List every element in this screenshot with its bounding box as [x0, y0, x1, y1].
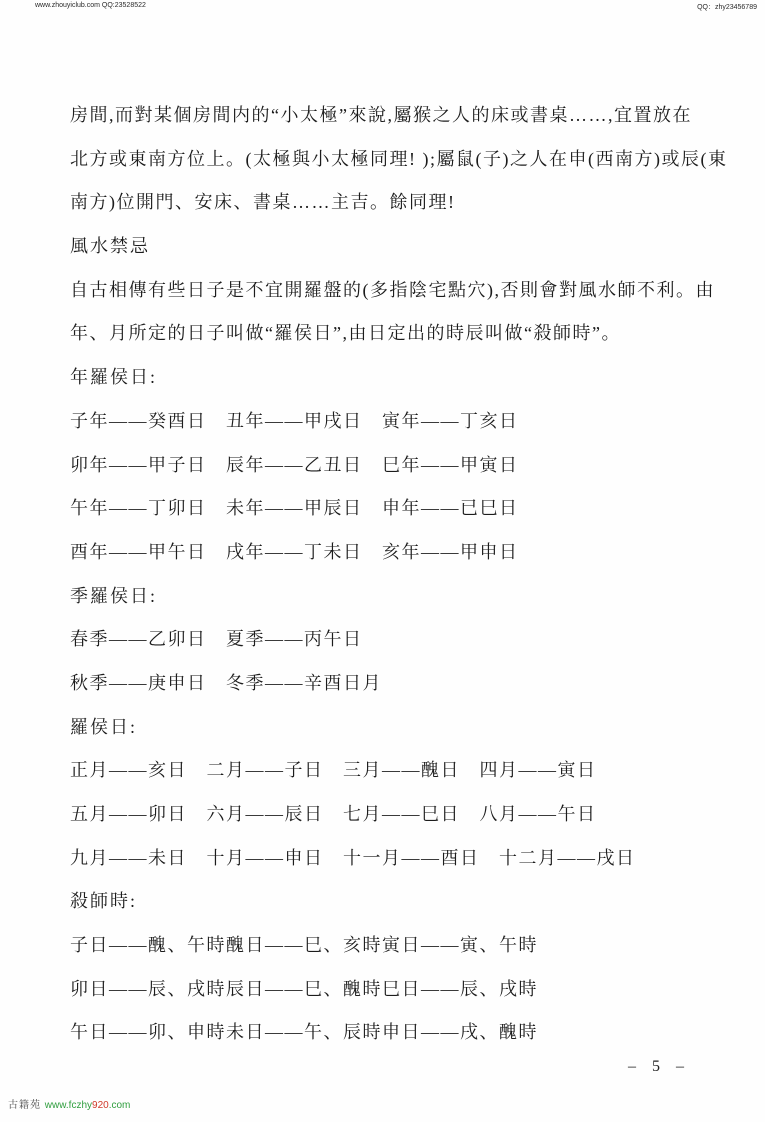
table-row-month: 五月——卯日 六月——辰日 七月——巳日 八月——午日	[70, 793, 730, 837]
section-heading-luohou-day: 羅侯日:	[70, 706, 730, 750]
watermark-top-left: www.zhouyiclub.com QQ:23528522	[35, 2, 146, 9]
table-row-month: 九月——未日 十月——申日 十一月——酉日 十二月——戌日	[70, 837, 730, 881]
table-row-year: 午年——丁卯日 未年——甲辰日 申年——已巳日	[70, 487, 730, 531]
table-row-month: 正月——亥日 二月——子日 三月——醜日 四月——寅日	[70, 749, 730, 793]
page-number: – 5 –	[628, 1058, 690, 1076]
paragraph-line: 自古相傳有些日子是不宜開羅盤的(多指陰宅點穴),否則會對風水師不利。由	[70, 269, 730, 313]
table-row-season: 秋季——庚申日 冬季——辛酉日月	[70, 662, 730, 706]
table-row-hour: 卯日——辰、戌時辰日——巳、醜時巳日——辰、戌時	[70, 968, 730, 1012]
watermark-site-name: 古籍苑	[8, 1100, 45, 1111]
paragraph-line: 年、月所定的日子叫做“羅侯日”,由日定出的時辰叫做“殺師時”。	[70, 312, 730, 356]
watermark-url-prefix: www.fczhy	[45, 1100, 92, 1111]
table-row-season: 春季——乙卯日 夏季——丙午日	[70, 618, 730, 662]
paragraph-line: 房間,而對某個房間内的“小太極”來說,屬猴之人的床或書桌……,宜置放在	[70, 94, 730, 138]
section-heading-fengshui-taboo: 風水禁忌	[70, 225, 730, 269]
table-row-year: 酉年——甲午日 戌年——丁未日 亥年——甲申日	[70, 531, 730, 575]
watermark-url-number: 920	[92, 1100, 109, 1111]
section-heading-year-luohou-day: 年羅侯日:	[70, 356, 730, 400]
watermark-url-suffix: .com	[109, 1100, 131, 1111]
watermark-bottom-left: 古籍苑 www.fczhy920.com	[8, 1096, 130, 1111]
paragraph-line: 北方或東南方位上。(太極與小太極同理! );屬鼠(子)之人在申(西南方)或辰(東	[70, 138, 730, 182]
table-row-hour: 子日——醜、午時醜日——巳、亥時寅日——寅、午時	[70, 924, 730, 968]
paragraph-line: 南方)位開門、安床、書桌……主吉。餘同理!	[70, 181, 730, 225]
section-heading-shashi-hour: 殺師時:	[70, 880, 730, 924]
scanned-document-page: www.zhouyiclub.com QQ:23528522 QQ：zhy234…	[0, 0, 765, 1122]
section-heading-season-luohou-day: 季羅侯日:	[70, 575, 730, 619]
table-row-hour: 午日——卯、申時未日——午、辰時申日——戌、醜時	[70, 1011, 730, 1055]
page-content: 房間,而對某個房間内的“小太極”來說,屬猴之人的床或書桌……,宜置放在 北方或東…	[70, 94, 730, 1055]
watermark-top-right: QQ：zhy23456789	[697, 2, 757, 12]
table-row-year: 子年——癸酉日 丑年——甲戌日 寅年——丁亥日	[70, 400, 730, 444]
table-row-year: 卯年——甲子日 辰年——乙丑日 巳年——甲寅日	[70, 444, 730, 488]
